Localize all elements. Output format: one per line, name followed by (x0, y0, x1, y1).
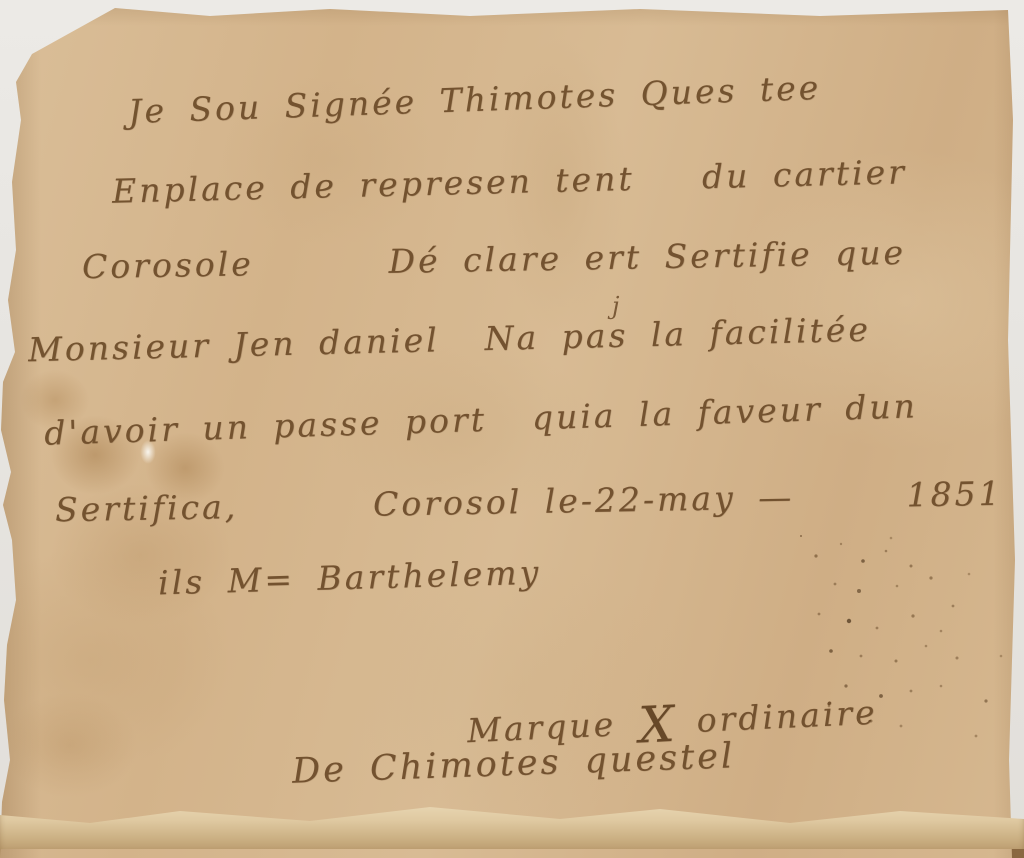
manuscript-line-5: d'avoir un passe port quia la faveur dun (44, 386, 919, 452)
manuscript-line-3: Corosole Dé clare ert Sertifie que (82, 233, 907, 286)
manuscript-line-7: ils M= Barthelemy (158, 553, 542, 603)
ink-splatter-speckles (800, 535, 802, 537)
ordinaire-word: ordinaire (673, 693, 878, 741)
manuscript-line-1: Je Sou Signée Thimotes Ques tee (128, 68, 822, 131)
manuscript-paper: Je Sou Signée Thimotes Ques tee Enplace … (0, 0, 1024, 858)
manuscript-line-2: Enplace de represen tent du cartier (112, 152, 908, 210)
manuscript-line-6: Sertifica, Corosol le-22-may — 1851 (55, 474, 1003, 530)
manuscript-line-4: Monsieur Jen daniel Na pas la facilitée (28, 310, 872, 370)
photograph-background: Je Sou Signée Thimotes Ques tee Enplace … (0, 0, 1024, 858)
